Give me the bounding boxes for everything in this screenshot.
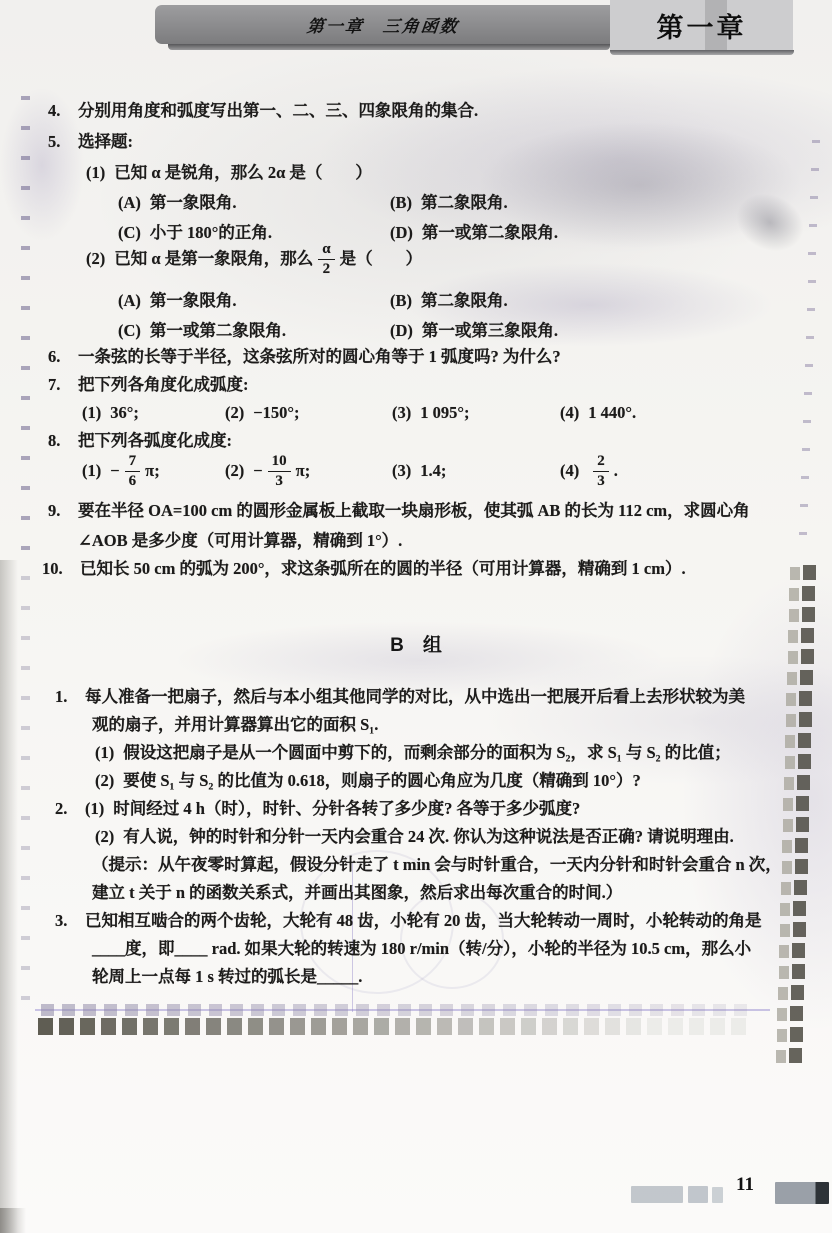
- deco-mark: [793, 922, 806, 937]
- option-label: (D): [390, 321, 413, 340]
- deco-mark: [790, 1027, 803, 1042]
- deco-mark: [38, 1018, 53, 1035]
- problem-b3-line-2: ____度，即____ rad. 如果大轮的转速为 180 r/min（转/分）…: [92, 938, 751, 960]
- problem-4-number: 4.: [48, 100, 60, 122]
- deco-mark: [780, 924, 790, 937]
- deco-mark: [437, 1018, 452, 1035]
- problem-b3-line-3: 轮周上一点每 1 s 转过的弧长是_____.: [92, 966, 362, 988]
- problem-b2-q2: (2)有人说，钟的时针和分针一天内会重合 24 次. 你认为这种说法是否正确? …: [95, 826, 734, 848]
- fraction-numerator: 10: [268, 454, 291, 472]
- deco-mark: [801, 476, 809, 479]
- deco-mark: [626, 1018, 641, 1035]
- deco-mark: [802, 607, 815, 622]
- deco-mark: [21, 756, 30, 760]
- deco-mark: [21, 576, 30, 580]
- deco-mark: [482, 1004, 495, 1016]
- deco-mark: [802, 586, 815, 601]
- deco-mark: [419, 1004, 432, 1016]
- deco-mark: [587, 1004, 600, 1016]
- deco-mark: [792, 943, 805, 958]
- deco-mark: [21, 306, 30, 310]
- deco-mark: [780, 903, 790, 916]
- item-label: (2): [86, 248, 105, 270]
- deco-mark: [80, 1018, 95, 1035]
- deco-mark: [799, 532, 807, 535]
- problem-8-item-1: (1) − 76 π;: [82, 450, 160, 492]
- problem-b1-q2: (2)要使 S₁ 与 S₂ 的比值为 0.618，则扇子的圆心角应为几度（精确到…: [95, 770, 641, 792]
- problem-9-number: 9.: [48, 500, 60, 522]
- deco-mark: [398, 1004, 411, 1016]
- problem-7-item-2: (2)−150°;: [225, 402, 300, 424]
- problem-5-q2: (2) 已知 α 是第一象限角，那么 α 2 是（ ）: [86, 238, 422, 280]
- deco-mark: [803, 420, 811, 423]
- section-b-heading: B 组: [0, 630, 832, 657]
- deco-mark: [779, 966, 789, 979]
- deco-mark: [629, 1004, 642, 1016]
- fraction-denominator: 3: [275, 472, 283, 489]
- deco-mark: [101, 1018, 116, 1035]
- item-label: (3): [392, 460, 411, 482]
- deco-mark: [21, 846, 30, 850]
- deco-mark: [290, 1018, 305, 1035]
- problem-8-item-3: (3) 1.4;: [392, 450, 446, 492]
- problem-b3-number: 3.: [55, 910, 67, 932]
- deco-mark: [21, 216, 30, 220]
- footer-deco-block: [631, 1186, 683, 1203]
- item-text: 已知 α 是锐角，那么 2α 是（ ）: [114, 163, 372, 182]
- deco-mark: [83, 1004, 96, 1016]
- deco-mark: [777, 1029, 787, 1042]
- deco-mark: [800, 670, 813, 685]
- problem-b2-hint-2: 建立 t 关于 n 的函数关系式，并画出其图象，然后求出每次重合的时间.）: [92, 882, 622, 904]
- deco-mark: [800, 504, 808, 507]
- deco-mark: [798, 733, 811, 748]
- deco-mark: [798, 754, 811, 769]
- deco-mark: [799, 712, 812, 727]
- deco-mark: [808, 280, 816, 283]
- option-5-1-B: (B)第二象限角.: [390, 192, 508, 214]
- deco-mark: [230, 1004, 243, 1016]
- option-text: 第一或第二象限角.: [422, 223, 558, 242]
- deco-mark: [786, 714, 796, 727]
- deco-mark: [786, 693, 796, 706]
- deco-mark: [314, 1004, 327, 1016]
- deco-mark: [21, 636, 30, 640]
- deco-mark: [167, 1004, 180, 1016]
- option-label: (B): [390, 193, 412, 212]
- problem-b3-line-1: 已知相互啮合的两个齿轮，大轮有 48 齿，小轮有 20 齿，当大轮转动一周时，小…: [85, 910, 762, 932]
- deco-mark: [21, 246, 30, 250]
- deco-mark: [790, 1006, 803, 1021]
- deco-mark: [21, 366, 30, 370]
- deco-mark: [21, 156, 30, 160]
- deco-mark: [794, 880, 807, 895]
- scan-gutter-shading: [0, 560, 18, 1233]
- deco-mark: [269, 1018, 284, 1035]
- problem-10-text: 已知长 50 cm 的弧为 200°，求这条弧所在的圆的半径（可用计算器，精确到…: [80, 558, 686, 580]
- deco-mark: [146, 1004, 159, 1016]
- problem-b1-number: 1.: [55, 686, 67, 708]
- fraction-alpha-over-2: α 2: [318, 242, 334, 277]
- deco-mark: [21, 966, 30, 970]
- fraction-denominator: 2: [323, 260, 331, 277]
- deco-mark: [21, 126, 30, 130]
- option-5-2-B: (B)第二象限角.: [390, 290, 508, 312]
- deco-mark: [804, 392, 812, 395]
- deco-mark: [788, 651, 798, 664]
- deco-mark: [812, 140, 820, 143]
- item-suffix: .: [614, 460, 618, 482]
- item-label: (2): [225, 403, 244, 422]
- deco-mark: [500, 1018, 515, 1035]
- chapter-header-label: 第一章 三角函数: [305, 12, 460, 37]
- fraction-numerator: 2: [593, 454, 609, 472]
- ink-smudge: [727, 183, 814, 262]
- problem-b1-line-2: 观的扇子，并用计算器算出它的面积 S₁.: [92, 714, 378, 736]
- item-label: (1): [86, 163, 105, 182]
- deco-mark: [782, 861, 792, 874]
- deco-mark: [792, 964, 805, 979]
- item-text: 有人说，钟的时针和分针一天内会重合 24 次. 你认为这种说法是否正确? 请说明…: [123, 827, 734, 846]
- fraction-10-over-3: 103: [268, 454, 291, 489]
- item-text-pre: 已知 α 是第一象限角，那么: [114, 248, 313, 270]
- deco-mark: [563, 1018, 578, 1035]
- problem-5-q1: (1)已知 α 是锐角，那么 2α 是（ ）: [86, 162, 372, 184]
- problem-b2-q1: (1)时间经过 4 h（时），时针、分针各转了多少度? 各等于多少弧度?: [85, 798, 580, 820]
- fraction-7-over-6: 76: [125, 454, 141, 489]
- deco-mark: [784, 777, 794, 790]
- item-label: (4): [560, 403, 579, 422]
- problem-7-item-3: (3)1 095°;: [392, 402, 469, 424]
- deco-mark: [777, 1008, 787, 1021]
- deco-mark: [795, 859, 808, 874]
- deco-mark: [440, 1004, 453, 1016]
- problem-7-item-1: (1)36°;: [82, 402, 139, 424]
- deco-mark: [21, 426, 30, 430]
- option-text: 第一象限角.: [150, 193, 237, 212]
- problem-7-number: 7.: [48, 374, 60, 396]
- item-label: (2): [95, 827, 114, 846]
- deco-mark: [21, 396, 30, 400]
- deco-mark: [806, 336, 814, 339]
- deco-mark: [164, 1018, 179, 1035]
- deco-mark: [795, 838, 808, 853]
- deco-mark: [62, 1004, 75, 1016]
- option-text: 第一或第二象限角.: [150, 321, 286, 340]
- deco-mark: [21, 336, 30, 340]
- deco-mark: [374, 1018, 389, 1035]
- problem-8-number: 8.: [48, 430, 60, 452]
- deco-mark: [789, 609, 799, 622]
- fraction-denominator: 3: [597, 472, 605, 489]
- deco-mark: [353, 1018, 368, 1035]
- item-value: 1 095°;: [420, 403, 469, 422]
- deco-mark: [605, 1018, 620, 1035]
- problem-9-line-2: ∠AOB 是多少度（可用计算器，精确到 1°）.: [78, 530, 402, 552]
- deco-mark: [671, 1004, 684, 1016]
- deco-mark: [21, 786, 30, 790]
- minus-sign: −: [253, 460, 262, 482]
- fraction-numerator: 7: [125, 454, 141, 472]
- deco-mark: [710, 1018, 725, 1035]
- problem-b2-hint-1: （提示：从午夜零时算起，假设分针走了 t min 会与时针重合，一天内分针和时针…: [92, 854, 782, 876]
- deco-mark: [692, 1004, 705, 1016]
- item-label: (1): [82, 403, 101, 422]
- fraction-denominator: 6: [129, 472, 137, 489]
- option-text: 第二象限角.: [421, 291, 508, 310]
- deco-mark: [59, 1018, 74, 1035]
- deco-mark: [21, 96, 30, 100]
- option-5-2-C: (C)第一或第二象限角.: [118, 320, 286, 342]
- problem-7-text: 把下列各角度化成弧度:: [78, 374, 249, 396]
- deco-mark: [796, 817, 809, 832]
- deco-mark: [789, 588, 799, 601]
- deco-mark: [524, 1004, 537, 1016]
- item-value: 36°;: [110, 403, 139, 422]
- deco-mark: [395, 1018, 410, 1035]
- deco-mark: [521, 1018, 536, 1035]
- deco-mark: [793, 901, 806, 916]
- option-label: (A): [118, 193, 141, 212]
- deco-mark: [811, 168, 819, 171]
- deco-mark: [802, 448, 810, 451]
- deco-mark: [545, 1004, 558, 1016]
- deco-mark: [783, 798, 793, 811]
- deco-mark: [788, 630, 798, 643]
- minus-sign: −: [110, 460, 119, 482]
- deco-mark: [21, 936, 30, 940]
- problem-b1-line-1: 每人准备一把扇子，然后与本小组其他同学的对比，从中选出一把展开后看上去形状较为美: [85, 686, 745, 708]
- fraction-2-over-3: 23: [593, 454, 609, 489]
- option-text: 第一或第三象限角.: [422, 321, 558, 340]
- option-text: 第二象限角.: [421, 193, 508, 212]
- option-label: (B): [390, 291, 412, 310]
- problem-5-number: 5.: [48, 131, 60, 153]
- deco-mark: [21, 696, 30, 700]
- deco-mark: [807, 308, 815, 311]
- deco-mark: [787, 672, 797, 685]
- deco-mark: [21, 546, 30, 550]
- deco-mark: [21, 996, 30, 1000]
- deco-mark: [778, 987, 788, 1000]
- chapter-edge-tab-label: 第一章: [657, 6, 747, 45]
- deco-mark: [810, 196, 818, 199]
- page-number: 11: [736, 1174, 754, 1196]
- item-value: 1.4;: [420, 460, 446, 482]
- deco-mark: [789, 1048, 802, 1063]
- option-label: (C): [118, 321, 141, 340]
- deco-mark: [779, 945, 789, 958]
- deco-mark: [542, 1018, 557, 1035]
- deco-mark: [668, 1018, 683, 1035]
- deco-mark: [797, 775, 810, 790]
- item-text: 时间经过 4 h（时），时针、分针各转了多少度? 各等于多少弧度?: [113, 799, 580, 818]
- item-label: (4): [560, 460, 579, 482]
- deco-mark: [734, 1004, 747, 1016]
- problem-b2-number: 2.: [55, 798, 67, 820]
- item-suffix: π;: [296, 460, 311, 482]
- problem-6-number: 6.: [48, 346, 60, 368]
- deco-mark: [608, 1004, 621, 1016]
- problem-8-text: 把下列各弧度化成度:: [78, 430, 232, 452]
- problem-b1-q1: (1)假设这把扇子是从一个圆面中剪下的，而剩余部分的面积为 S₂，求 S₁ 与 …: [95, 742, 731, 764]
- deco-mark: [356, 1004, 369, 1016]
- deco-mark: [21, 456, 30, 460]
- option-label: (A): [118, 291, 141, 310]
- item-text: 假设这把扇子是从一个圆面中剪下的，而剩余部分的面积为 S₂，求 S₁ 与 S₂ …: [123, 743, 731, 762]
- deco-mark: [209, 1004, 222, 1016]
- deco-mark: [461, 1004, 474, 1016]
- deco-mark: [805, 364, 813, 367]
- deco-mark: [416, 1018, 431, 1035]
- header-shadow: [168, 44, 610, 50]
- item-suffix: π;: [145, 460, 160, 482]
- deco-mark: [713, 1004, 726, 1016]
- deco-mark: [790, 567, 800, 580]
- deco-mark: [21, 606, 30, 610]
- item-text-post: 是（ ）: [340, 248, 423, 270]
- deco-mark: [647, 1018, 662, 1035]
- deco-mark: [335, 1004, 348, 1016]
- option-text: 第一象限角.: [150, 291, 237, 310]
- deco-mark: [125, 1004, 138, 1016]
- deco-mark: [801, 628, 814, 643]
- deco-mark: [377, 1004, 390, 1016]
- footer-deco-block: [712, 1187, 723, 1203]
- deco-mark: [785, 735, 795, 748]
- deco-mark: [458, 1018, 473, 1035]
- deco-mark: [584, 1018, 599, 1035]
- header-tab-shadow: [610, 50, 794, 55]
- footer-deco-block-dark-edge: [775, 1182, 829, 1204]
- deco-mark: [21, 486, 30, 490]
- option-5-2-A: (A)第一象限角.: [118, 290, 237, 312]
- option-5-2-D: (D)第一或第三象限角.: [390, 320, 558, 342]
- deco-mark: [479, 1018, 494, 1035]
- deco-mark: [143, 1018, 158, 1035]
- deco-mark: [104, 1004, 117, 1016]
- item-label: (1): [95, 743, 114, 762]
- deco-mark: [227, 1018, 242, 1035]
- problem-8-item-2: (2) − 103 π;: [225, 450, 310, 492]
- problem-6-text: 一条弦的长等于半径，这条弦所对的圆心角等于 1 弧度吗? 为什么?: [78, 346, 561, 368]
- deco-mark: [781, 882, 791, 895]
- item-label: (2): [95, 771, 114, 790]
- deco-mark: [41, 1004, 54, 1016]
- deco-mark: [689, 1018, 704, 1035]
- textbook-page: 第一章 三角函数 第一章 4. 分别用角度和弧度写出第一、二、三、四象限角的集合…: [0, 0, 832, 1233]
- deco-mark: [188, 1004, 201, 1016]
- deco-mark: [122, 1018, 137, 1035]
- problem-10-number: 10.: [42, 558, 63, 580]
- deco-mark: [796, 796, 809, 811]
- deco-mark: [248, 1018, 263, 1035]
- problem-4-text: 分别用角度和弧度写出第一、二、三、四象限角的集合.: [78, 100, 478, 122]
- deco-mark: [21, 516, 30, 520]
- deco-mark: [21, 276, 30, 280]
- deco-mark: [776, 1050, 786, 1063]
- deco-mark: [293, 1004, 306, 1016]
- deco-mark: [21, 666, 30, 670]
- deco-mark: [801, 649, 814, 664]
- deco-mark: [185, 1018, 200, 1035]
- deco-mark: [21, 186, 30, 190]
- deco-mark: [21, 726, 30, 730]
- deco-mark: [650, 1004, 663, 1016]
- item-label: (2): [225, 460, 244, 482]
- deco-mark: [809, 224, 817, 227]
- deco-mark: [803, 565, 816, 580]
- deco-mark: [783, 819, 793, 832]
- deco-mark: [731, 1018, 746, 1035]
- problem-9-line-1: 要在半径 OA=100 cm 的圆形金属板上截取一块扇形板，使其弧 AB 的长为…: [78, 500, 750, 522]
- deco-mark: [332, 1018, 347, 1035]
- scan-corner-shading: [0, 1208, 26, 1233]
- item-value: −150°;: [253, 403, 299, 422]
- item-label: (1): [85, 799, 104, 818]
- deco-mark: [808, 252, 816, 255]
- deco-mark: [272, 1004, 285, 1016]
- deco-mark: [21, 876, 30, 880]
- item-text: 要使 S₁ 与 S₂ 的比值为 0.618，则扇子的圆心角应为几度（精确到 10…: [123, 771, 640, 790]
- deco-mark: [799, 691, 812, 706]
- chapter-header-bar: 第一章 三角函数: [155, 5, 610, 44]
- problem-7-item-4: (4)1 440°.: [560, 402, 636, 424]
- item-label: (3): [392, 403, 411, 422]
- deco-mark: [782, 840, 792, 853]
- deco-mark: [206, 1018, 221, 1035]
- deco-mark: [21, 906, 30, 910]
- item-value: 1 440°.: [588, 403, 636, 422]
- deco-mark: [785, 756, 795, 769]
- problem-8-item-4: (4) 23 .: [560, 450, 618, 492]
- option-5-1-A: (A)第一象限角.: [118, 192, 237, 214]
- deco-mark: [21, 816, 30, 820]
- deco-mark: [566, 1004, 579, 1016]
- chapter-edge-tab: 第一章: [610, 0, 793, 50]
- deco-mark: [251, 1004, 264, 1016]
- footer-deco-block: [688, 1186, 708, 1203]
- item-label: (1): [82, 460, 101, 482]
- fraction-numerator: α: [318, 242, 334, 260]
- deco-mark: [311, 1018, 326, 1035]
- deco-mark: [791, 985, 804, 1000]
- problem-5-text: 选择题:: [78, 131, 133, 153]
- deco-mark: [503, 1004, 516, 1016]
